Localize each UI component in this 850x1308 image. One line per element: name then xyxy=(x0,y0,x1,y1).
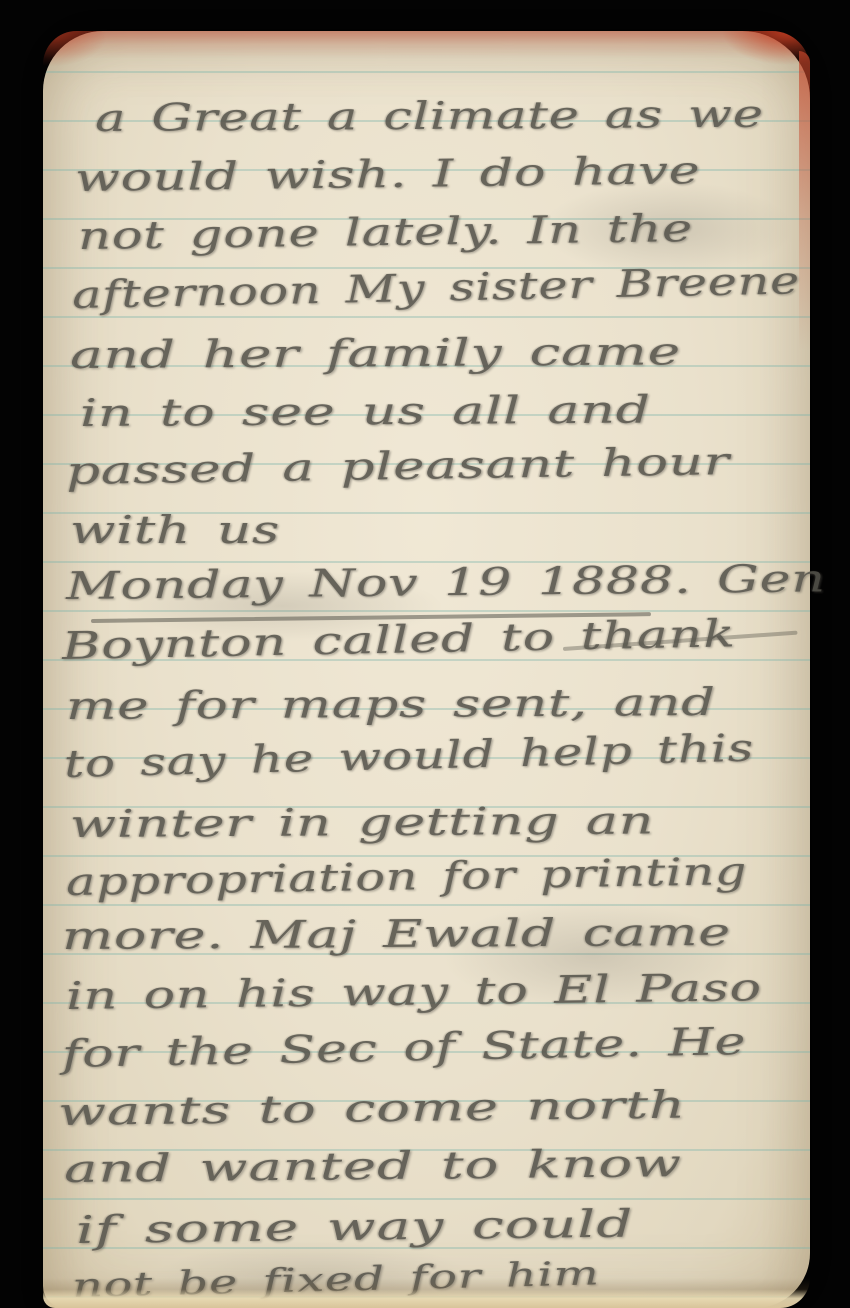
handwriting: a Great a climate as we would wish. I do… xyxy=(43,31,810,1308)
handwriting-line-2: would wish. I do have xyxy=(75,151,701,197)
handwriting-line-3: not gone lately. In the xyxy=(78,209,694,255)
handwriting-line-5: and her family came xyxy=(70,332,681,374)
handwriting-line-11: me for maps sent, and xyxy=(66,683,716,725)
handwriting-line-17: for the Sec of State. He xyxy=(61,1022,746,1073)
page-bottom-edge xyxy=(43,1278,810,1308)
handwriting-line-19: and wanted to know xyxy=(64,1144,683,1188)
notebook-page: a Great a climate as we would wish. I do… xyxy=(43,31,810,1308)
handwriting-line-1: a Great a climate as we xyxy=(95,95,764,137)
handwriting-line-4: afternoon My sister Breene xyxy=(71,261,800,314)
handwriting-line-16: in on his way to El Paso xyxy=(66,968,763,1015)
handwriting-line-15: more. Maj Ewald came xyxy=(62,913,731,955)
photo-background: a Great a climate as we would wish. I do… xyxy=(0,0,850,1308)
handwriting-line-13: winter in getting an xyxy=(70,801,655,843)
handwriting-line-8: with us xyxy=(70,511,280,549)
handwriting-line-18: wants to come north xyxy=(58,1086,687,1131)
handwriting-line-14: appropriation for printing xyxy=(65,852,747,901)
handwriting-line-7: passed a pleasant hour xyxy=(65,442,730,490)
handwriting-line-12: to say he would help this xyxy=(63,729,754,783)
handwriting-line-9: Monday Nov 19 1888. Gen xyxy=(66,559,826,605)
handwriting-line-20: if some way could xyxy=(76,1205,634,1249)
handwriting-line-6: in to see us all and xyxy=(80,390,651,432)
